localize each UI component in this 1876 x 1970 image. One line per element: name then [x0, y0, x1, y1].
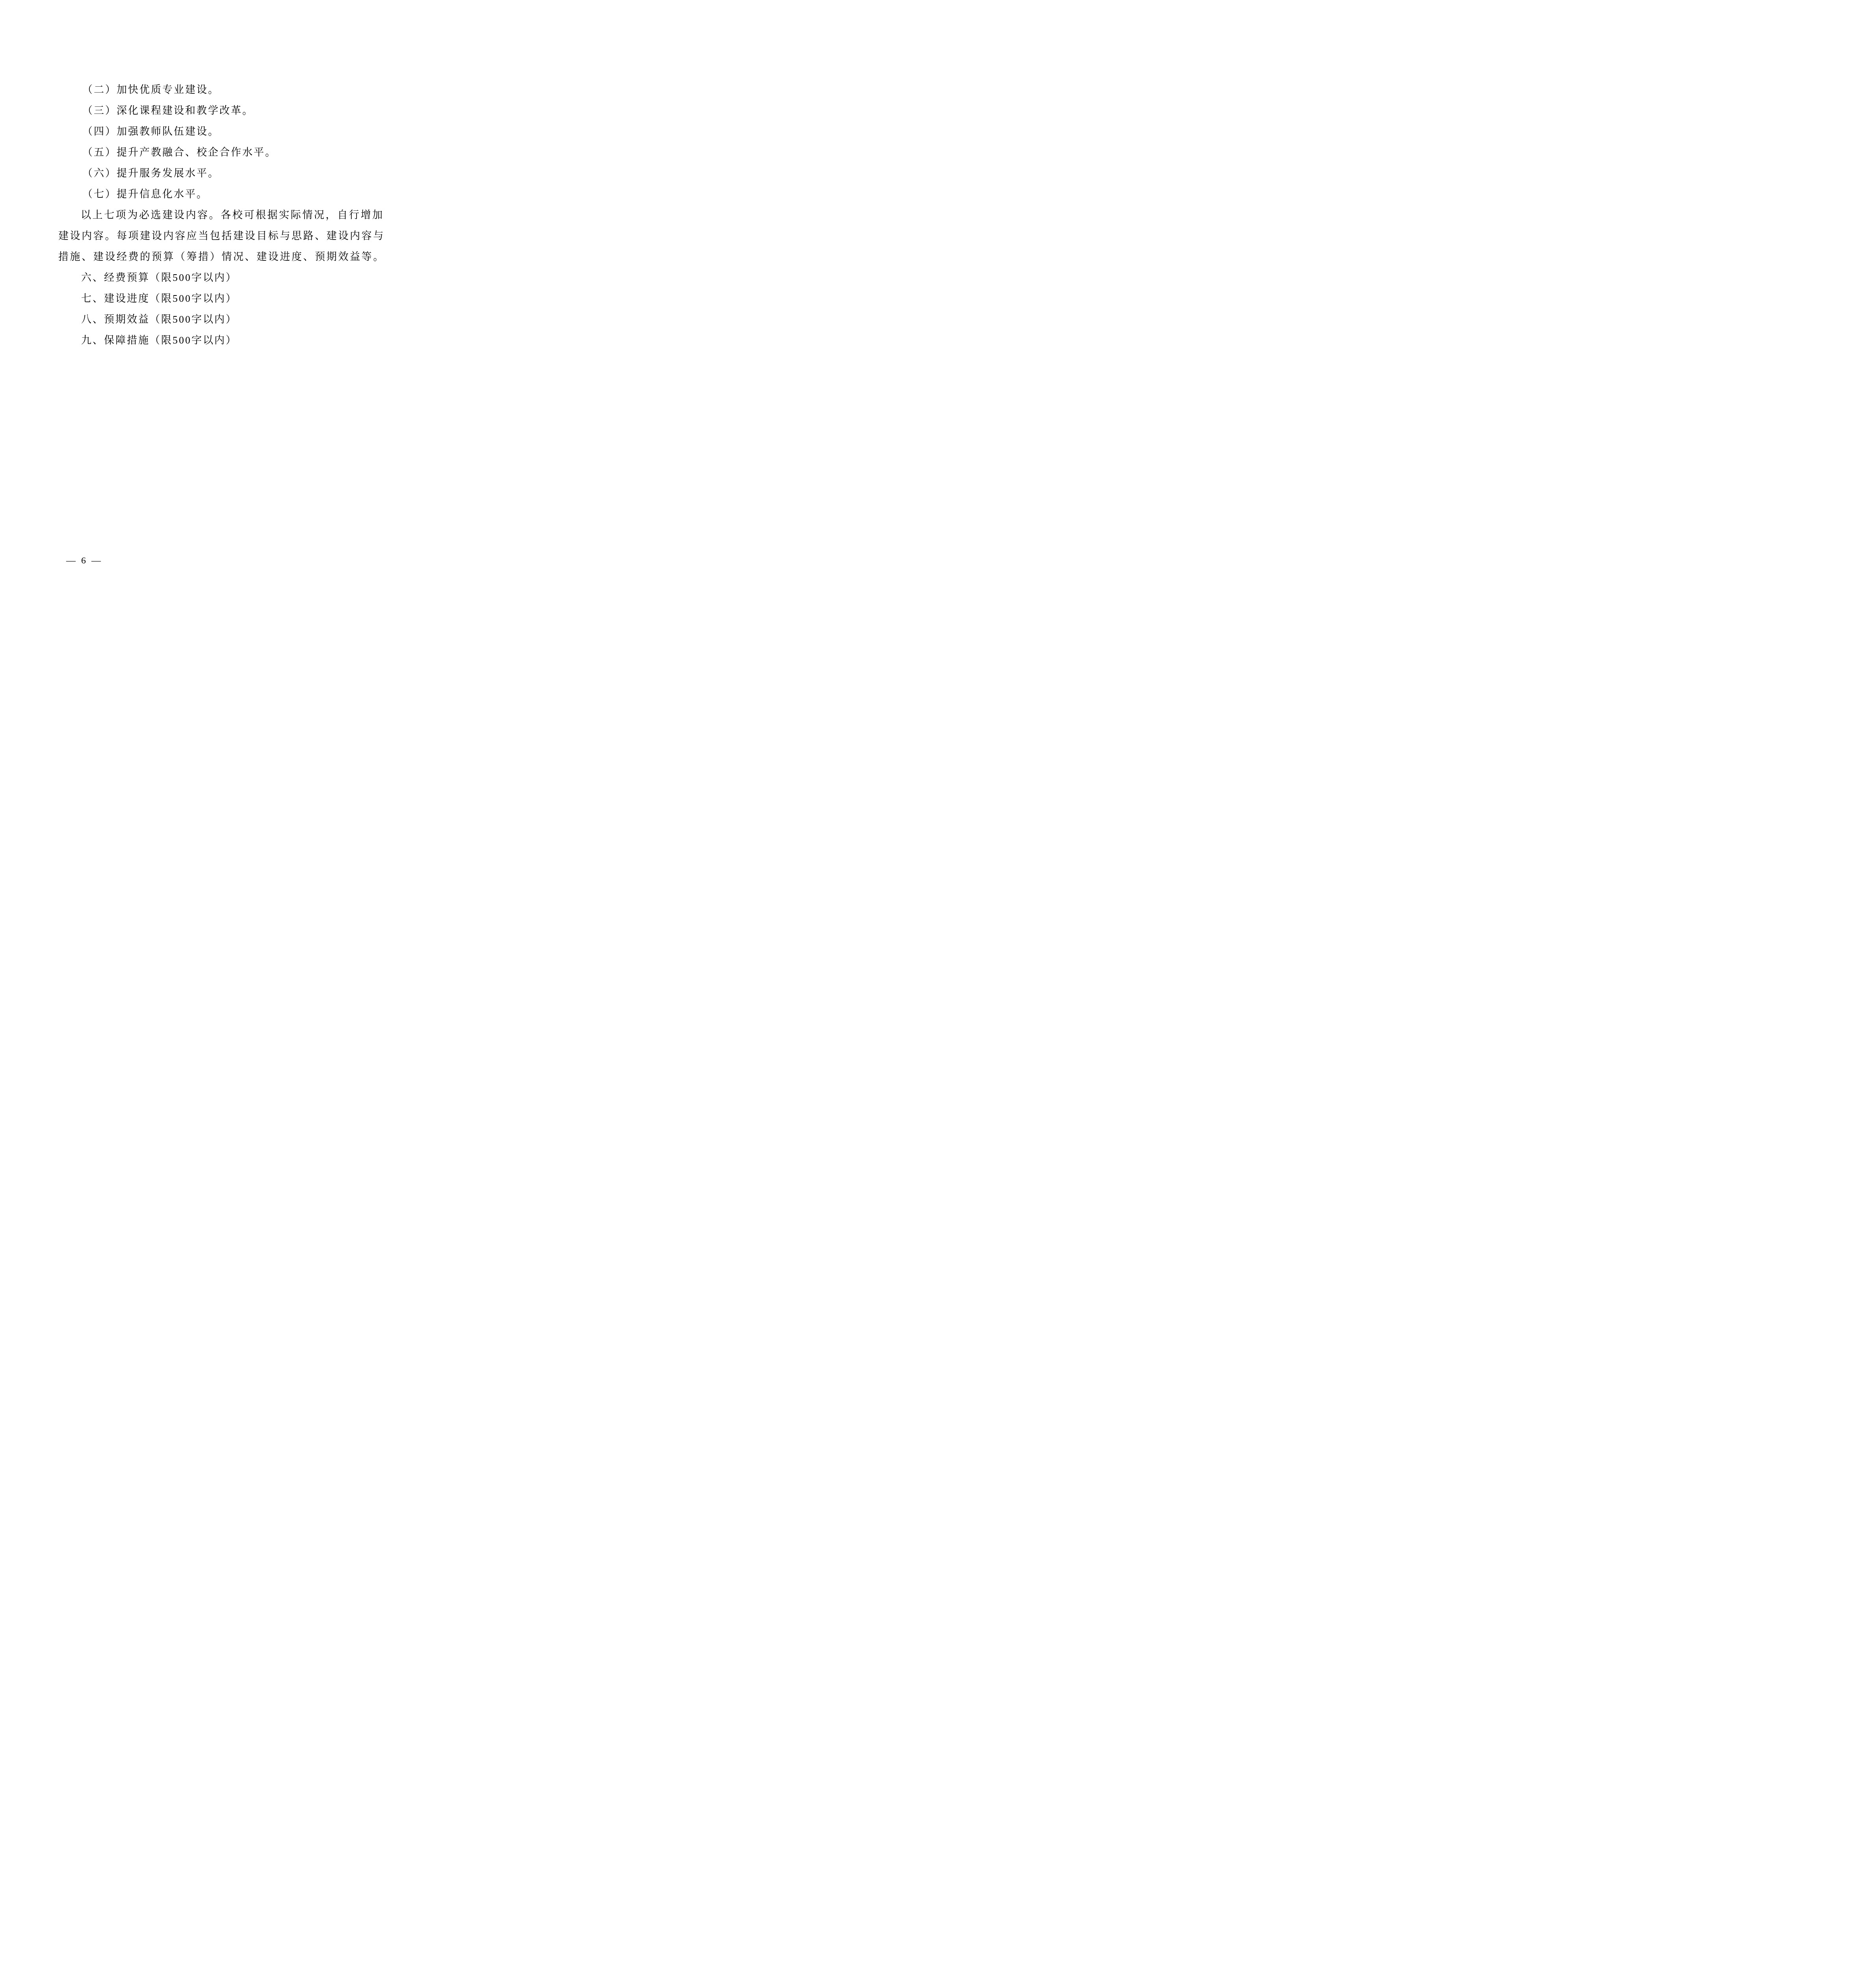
paragraph-line-3: 措施、建设经费的预算（筹措）情况、建设进度、预期效益等。 — [58, 251, 383, 263]
document-page: （二）加快优质专业建设。 （三）深化课程建设和教学改革。 （四）加强教师队伍建设… — [0, 0, 433, 613]
list-item-4: （四）加强教师队伍建设。 — [82, 126, 219, 138]
section-heading-benefits: 八、预期效益（限500字以内） — [81, 314, 237, 325]
section-heading-safeguards: 九、保障措施（限500字以内） — [81, 335, 237, 346]
list-item-5: （五）提升产教融合、校企合作水平。 — [82, 147, 277, 158]
list-item-6: （六）提升服务发展水平。 — [82, 167, 219, 179]
paragraph-line-2: 建设内容。每项建设内容应当包括建设目标与思路、建设内容与 — [58, 230, 383, 242]
paragraph-line-1: 以上七项为必选建设内容。各校可根据实际情况，自行增加 — [81, 209, 383, 221]
list-item-3: （三）深化课程建设和教学改革。 — [82, 105, 254, 117]
list-item-2: （二）加快优质专业建设。 — [82, 84, 219, 96]
list-item-7: （七）提升信息化水平。 — [82, 188, 208, 200]
section-heading-budget: 六、经费预算（限500字以内） — [81, 272, 237, 284]
page-number: — 6 — — [66, 556, 102, 566]
section-heading-schedule: 七、建设进度（限500字以内） — [81, 293, 237, 305]
